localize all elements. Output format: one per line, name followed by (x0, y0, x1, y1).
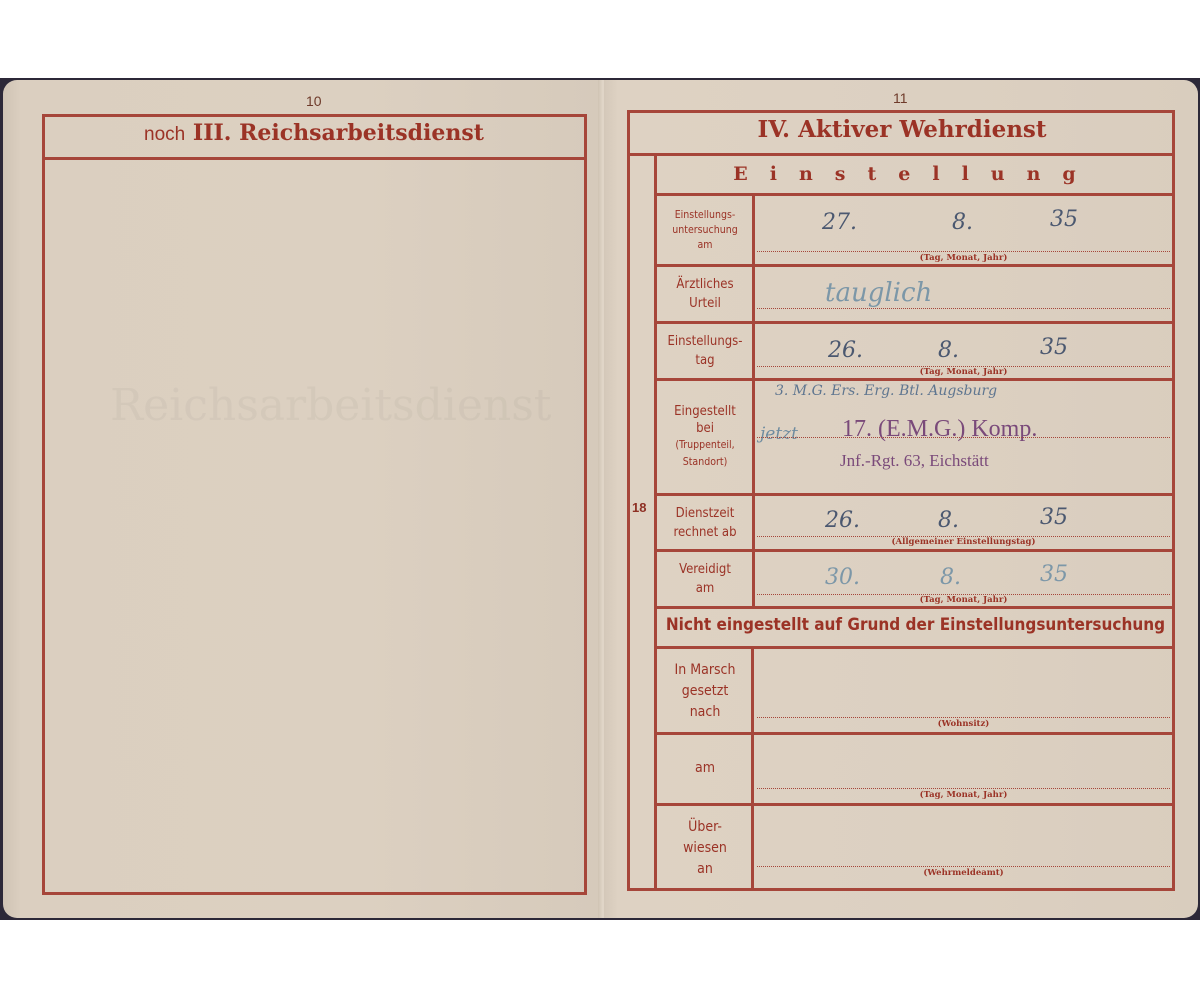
label-eingestellt-bei: Eingestellt bei (Truppenteil, Standort) (657, 383, 753, 491)
value-vereidigt-month: 8. (940, 565, 961, 590)
left-title-divider (42, 157, 587, 160)
label-line: Standort) (657, 454, 753, 471)
label-line: Vereidigt (657, 560, 753, 579)
field-am-datum[interactable] (755, 735, 1172, 787)
hint-wehrmeldeamt: (Wehrmeldeamt) (757, 868, 1170, 878)
label-line: an (657, 859, 753, 880)
title-text: III. Reichsarbeitsdienst (193, 120, 484, 146)
value-handwritten-prefix: jetzt (760, 424, 798, 444)
label-einstellungsuntersuchung: Einstellungs- untersuchung am (657, 196, 753, 264)
value-einstellungstag-year: 35 (1040, 335, 1068, 360)
value-untersuchung-year: 35 (1050, 207, 1078, 232)
label-in-marsch-gesetzt: In Marsch gesetzt nach (657, 652, 753, 730)
value-untersuchung-month: 8. (952, 210, 973, 235)
left-page-frame (42, 114, 587, 895)
hint-tag-monat-jahr: (Tag, Monat, Jahr) (757, 595, 1170, 605)
label-line: rechnet ab (657, 523, 753, 542)
label-line: Eingestellt (657, 403, 753, 420)
label-am: am (657, 735, 753, 801)
label-line: wiesen (657, 838, 753, 859)
hint-wohnsitz: (Wohnsitz) (757, 719, 1170, 729)
value-einstellungstag-month: 8. (938, 338, 959, 363)
label-aerztliches-urteil: Ärztliches Urteil (657, 267, 753, 321)
hint-tag-monat-jahr: (Tag, Monat, Jahr) (757, 790, 1170, 800)
subsection-title: Nicht eingestellt auf Grund der Einstell… (657, 615, 1174, 635)
value-vereidigt-year: 35 (1040, 562, 1068, 587)
label-dienstzeit: Dienstzeit rechnet ab (657, 496, 753, 549)
title-prefix: noch (144, 124, 185, 145)
stamp-line-1: 17. (E.M.G.) Komp. (842, 416, 1037, 443)
field-wohnsitz[interactable] (755, 649, 1172, 717)
label-line: am (657, 579, 753, 598)
label-line: Einstellungs- (657, 332, 753, 351)
label-line: gesetzt (657, 681, 753, 702)
fill-line (757, 788, 1170, 789)
label-line: tag (657, 351, 753, 370)
fill-line (757, 866, 1170, 867)
page-number-right: 11 (893, 90, 908, 106)
hint-tag-monat-jahr: (Tag, Monat, Jahr) (757, 367, 1170, 377)
fill-line (757, 308, 1170, 309)
value-handwritten-unit: 3. M.G. Ers. Erg. Btl. Augsburg (775, 383, 997, 399)
label-einstellungstag: Einstellungs- tag (657, 324, 753, 378)
label-line: Ärztliches (657, 275, 753, 294)
fill-line (757, 437, 1170, 438)
label-line: am (657, 759, 753, 778)
row-divider (654, 606, 1175, 609)
label-line: nach (657, 702, 753, 723)
right-page-title: IV. Aktiver Wehrdienst (630, 116, 1174, 143)
ghost-imprint: Reichsarbeitsdienst (110, 380, 530, 431)
label-line: untersuchung (657, 223, 753, 238)
value-aerztliches-urteil: tauglich (825, 278, 932, 308)
label-line: am (657, 238, 753, 253)
fill-line (757, 717, 1170, 718)
side-number: 18 (632, 500, 646, 515)
value-dienstzeit-year: 35 (1040, 505, 1068, 530)
label-ueberwiesen-an: Über- wiesen an (657, 808, 753, 888)
label-line: (Truppenteil, (657, 437, 753, 454)
label-line: In Marsch (657, 660, 753, 681)
label-line: bei (657, 420, 753, 437)
label-line: Über- (657, 817, 753, 838)
field-wehrmeldeamt[interactable] (755, 806, 1172, 866)
left-page-title: noch III. Reichsarbeitsdienst (44, 120, 584, 146)
page-number-left: 10 (306, 93, 322, 109)
stamp-line-2: Jnf.-Rgt. 63, Eichstätt (840, 451, 989, 471)
hint-allgemeiner-einstellungstag: (Allgemeiner Einstellungstag) (757, 537, 1170, 547)
label-line: Einstellungs- (657, 208, 753, 223)
value-vereidigt-day: 30. (825, 565, 860, 590)
right-title-divider (627, 153, 1175, 156)
label-line: Urteil (657, 294, 753, 313)
value-einstellungstag-day: 26. (828, 338, 863, 363)
fill-line (757, 251, 1170, 252)
label-line: Dienstzeit (657, 504, 753, 523)
section-header-einstellung: Einstellung (657, 163, 1174, 185)
value-dienstzeit-day: 26. (825, 508, 860, 533)
hint-tag-monat-jahr: (Tag, Monat, Jahr) (757, 253, 1170, 263)
label-vereidigt: Vereidigt am (657, 552, 753, 606)
value-dienstzeit-month: 8. (938, 508, 959, 533)
row-divider (654, 378, 1175, 381)
value-untersuchung-day: 27. (822, 210, 857, 235)
